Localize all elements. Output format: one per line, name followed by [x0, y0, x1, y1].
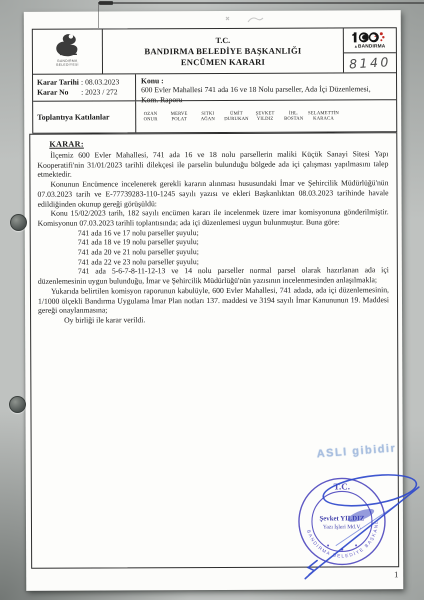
scan-edge-artifact-blob	[99, 1, 113, 5]
centenary-logo: ▲BANDIRMA	[344, 28, 396, 53]
title-line-doc: ENCÜMEN KARARI	[103, 56, 343, 68]
decision-paragraph-4: 741 ada 5-6-7-8-11-12-13 ve 14 nolu pars…	[38, 266, 389, 287]
decision-paragraph-3: Konu 15/02/2023 tarih, 182 sayılı encüme…	[38, 207, 389, 228]
attendee-last: POLAT	[165, 117, 194, 123]
header-row-meta: Karar Tarihi: 08.03.2023 Karar No: 2023 …	[33, 72, 396, 101]
pen-marks	[222, 12, 272, 28]
document-page: BANDIRMA BELEDİYESİ T.C. BANDIRMA BELEDİ…	[24, 10, 404, 591]
centenary-logo-label: BANDIRMA	[358, 44, 385, 49]
centenary-logo-word: ▲BANDIRMA	[354, 44, 386, 49]
decision-no-value: : 2023 / 272	[81, 87, 118, 96]
attendee-first: SITKI	[193, 111, 222, 117]
handwritten-register-number: 8140	[343, 52, 396, 74]
scanned-document-screenshot: { "document": { "page_number": "1", "han…	[0, 0, 424, 600]
signature	[251, 439, 424, 585]
decision-heading: KARAR:	[49, 138, 388, 148]
scan-edge-artifact-horizontal	[98, 2, 424, 4]
subject-cell: Konu : 600 Evler Mahallesi 741 ada 16 ve…	[135, 73, 396, 100]
document-title: T.C. BANDIRMA BELEDİYE BAŞKANLIĞI ENCÜME…	[102, 28, 343, 73]
attendee-last: BOSTAN	[279, 116, 308, 122]
logo-line-1: BANDIRMA	[56, 59, 79, 63]
header-table: BANDIRMA BELEDİYESİ T.C. BANDIRMA BELEDİ…	[32, 27, 397, 134]
decision-no-line: Karar No: 2023 / 272	[37, 87, 135, 97]
punch-hole-top	[10, 214, 27, 231]
header-row-attendees: Toplantıya Katılanlar OZANONUR MERVEPOLA…	[33, 99, 396, 133]
logo-line-2: BELEDİYESİ	[56, 63, 79, 67]
attendee-last: DURUKAN	[222, 116, 251, 122]
attendee-last: KARACA	[308, 116, 339, 122]
municipality-emblem-icon	[51, 32, 83, 59]
decision-date-label: Karar Tarihi	[37, 78, 81, 88]
punch-hole-bottom	[9, 396, 26, 413]
attendee-4: ÜMİTDURUKAN	[222, 111, 251, 122]
decision-date-line: Karar Tarihi: 08.03.2023	[37, 77, 135, 87]
attendees-list: OZANONUR MERVEPOLAT SITKIAĞAN ÜMİTDURUKA…	[135, 100, 396, 132]
decision-paragraph-6: Oy birliği ile karar verildi.	[38, 314, 389, 325]
attendee-last: YILDIZ	[251, 116, 280, 122]
attendee-3: SITKIAĞAN	[193, 111, 222, 122]
attendees-label: Toplantıya Katılanlar	[33, 101, 135, 132]
attendee-first: SELAMETTİN	[308, 110, 339, 116]
decision-date-no-cell: Karar Tarihi: 08.03.2023 Karar No: 2023 …	[33, 74, 135, 100]
attendee-first: ÜMİT	[222, 111, 251, 117]
attendee-last: ONUR	[136, 117, 165, 123]
municipality-logo: BANDIRMA BELEDİYESİ	[33, 29, 102, 73]
attendee-first: İHL.	[279, 111, 308, 117]
centenary-logo-cell: ▲BANDIRMA 8140	[343, 28, 396, 72]
attendee-5: ŞEVKETYILDIZ	[251, 111, 280, 122]
centenary-100-icon	[351, 30, 389, 44]
decision-paragraph-5: Yukarıda belirtilen komisyon raporunun k…	[38, 285, 389, 316]
decision-paragraph-2: Konunun Encümence incelenerek gerekli ka…	[37, 178, 388, 209]
decision-no-label: Karar No	[37, 87, 81, 97]
page-number: 1	[386, 569, 406, 579]
header-row-logos: BANDIRMA BELEDİYESİ T.C. BANDIRMA BELEDİ…	[33, 28, 396, 74]
attendee-7: SELAMETTİNKARACA	[308, 110, 339, 121]
attendee-last: AĞAN	[193, 116, 222, 122]
decision-paragraph-1: İlçemiz 600 Evler Mahallesi, 741 ada 16 …	[37, 149, 388, 180]
municipality-logo-text: BANDIRMA BELEDİYESİ	[56, 59, 79, 67]
attendee-first: OZAN	[136, 111, 165, 117]
attendee-6: İHL.BOSTAN	[279, 111, 308, 122]
attendee-2: MERVEPOLAT	[165, 111, 194, 122]
attendee-1: OZANONUR	[136, 111, 165, 122]
attendees-names: OZANONUR MERVEPOLAT SITKIAĞAN ÜMİTDURUKA…	[136, 110, 339, 122]
scan-edge-artifact-vertical	[98, 2, 99, 28]
decision-date-value: : 08.03.2023	[81, 77, 119, 86]
attendee-first: ŞEVKET	[251, 111, 280, 117]
attendee-first: MERVE	[165, 111, 194, 117]
